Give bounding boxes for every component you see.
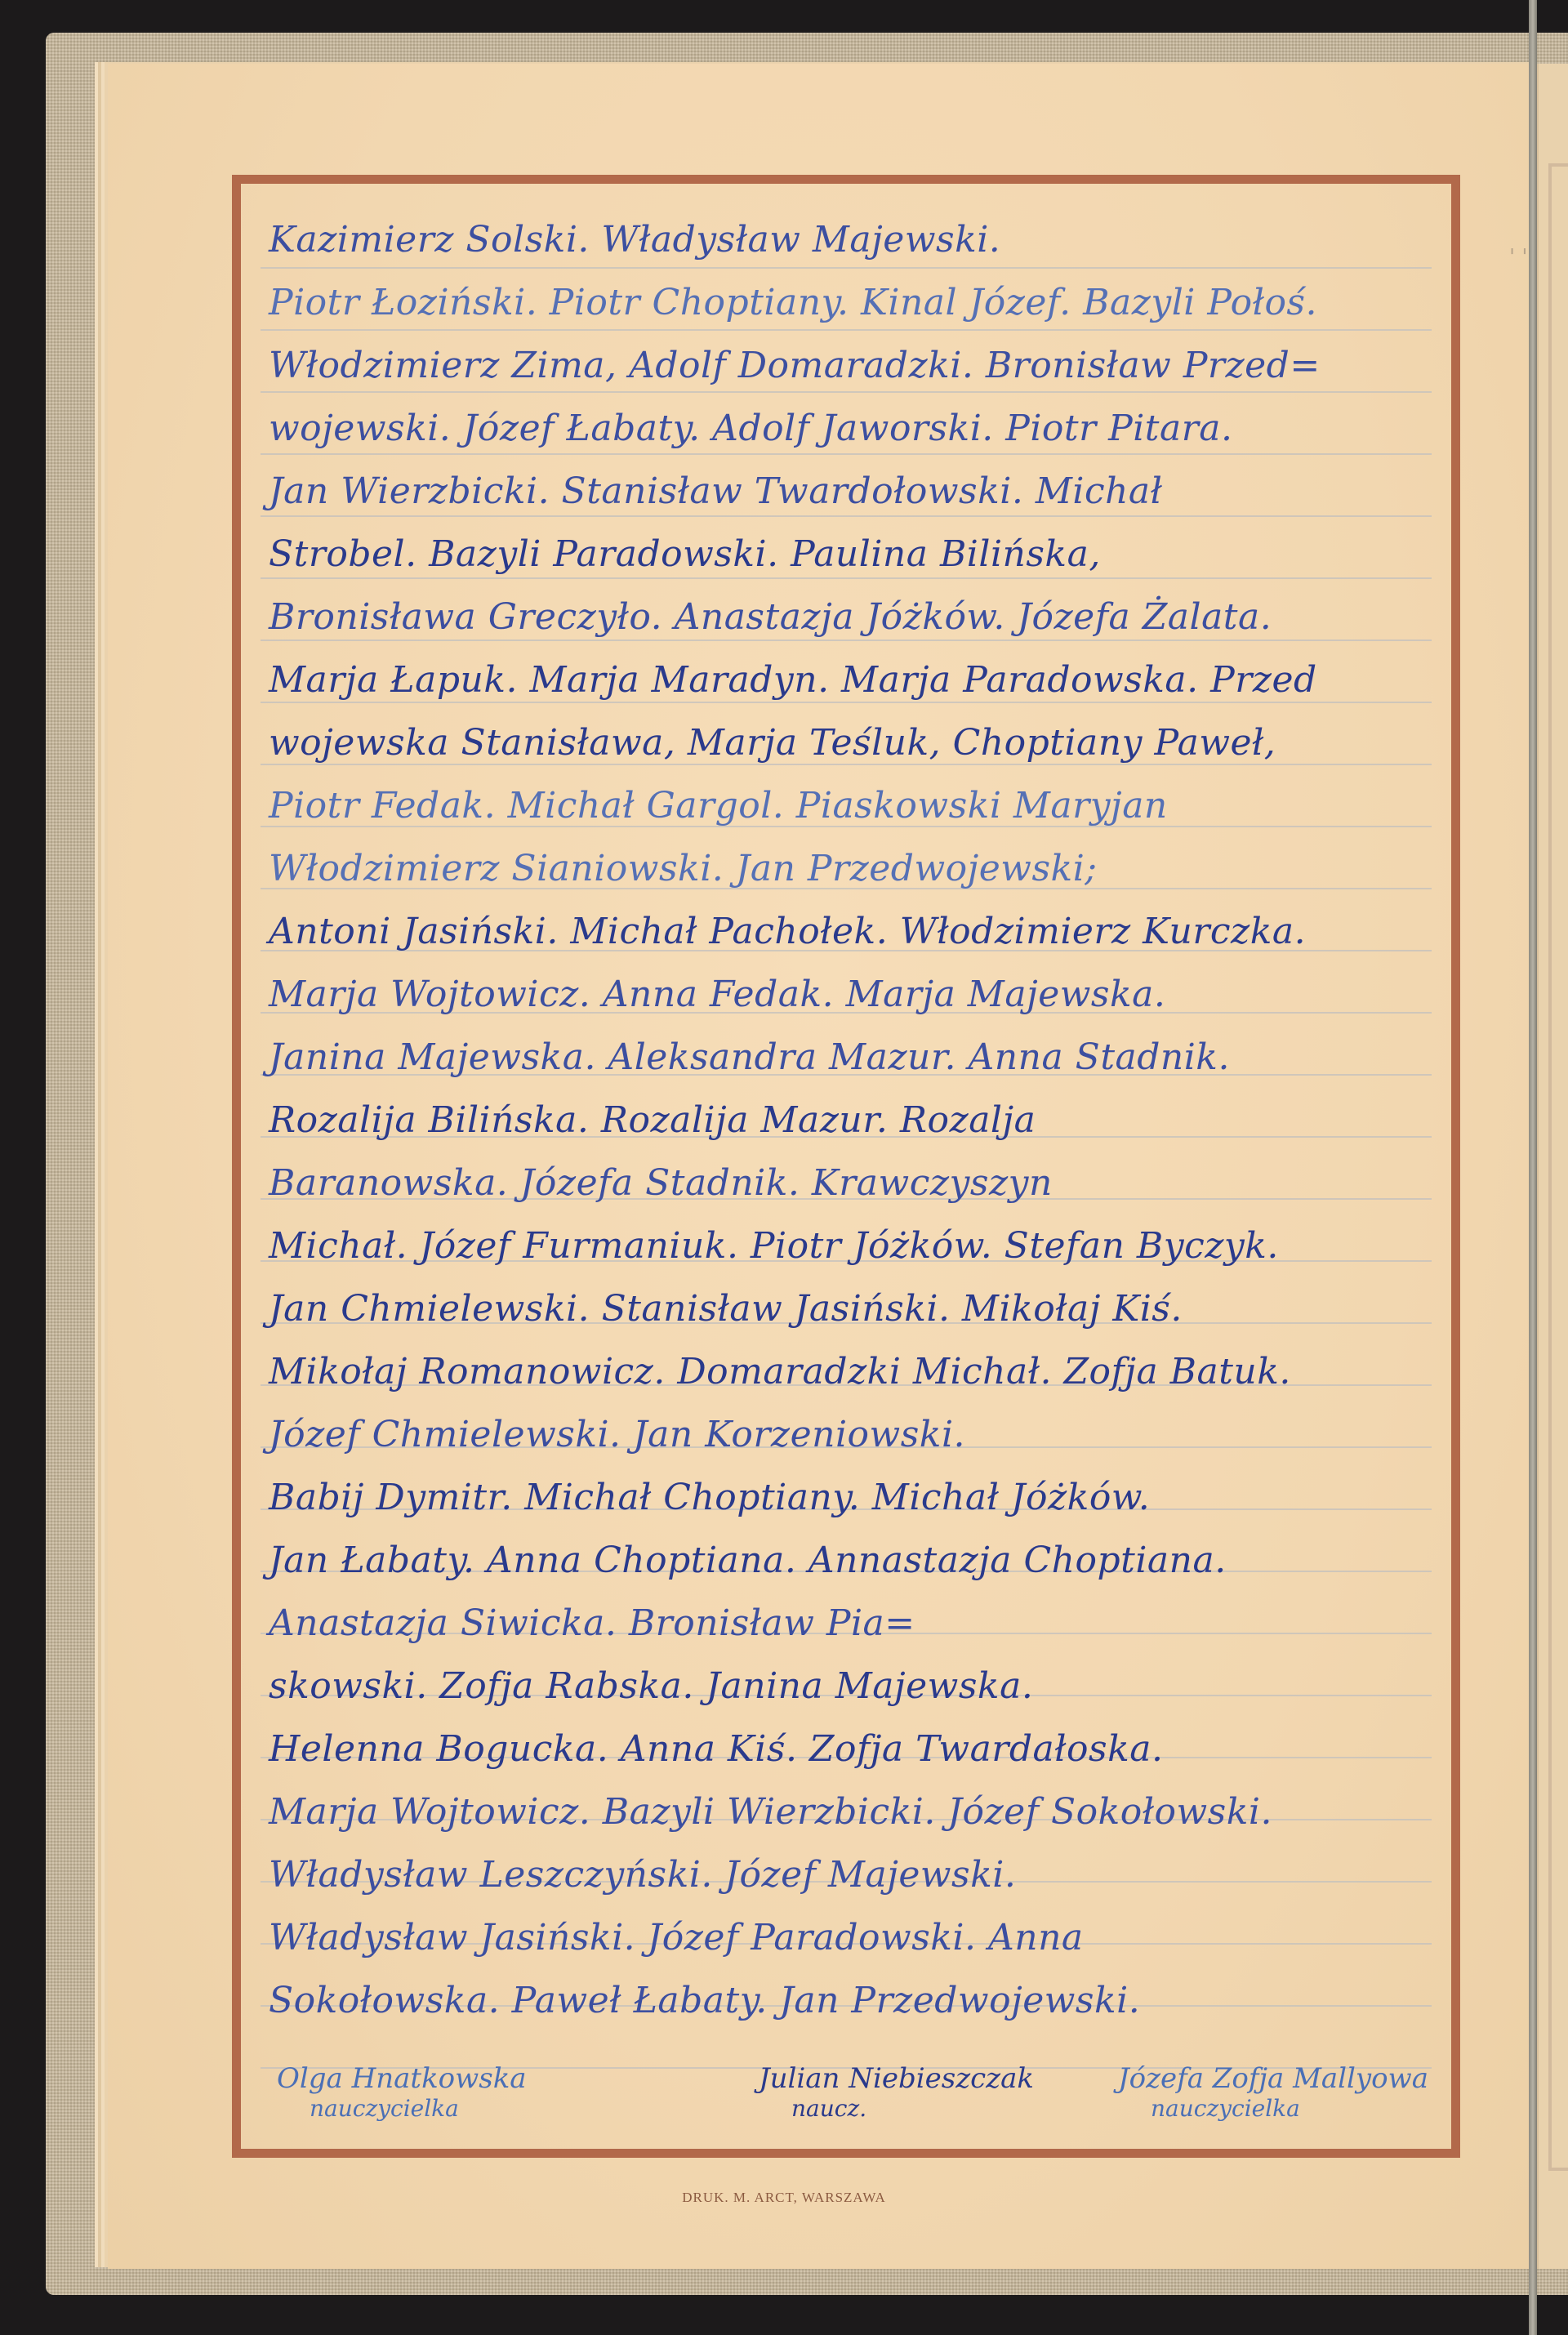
name-line: Kazimierz Solski. Władysław Majewski. xyxy=(269,208,1435,271)
name-line: Władysław Leszczyński. Józef Majewski. xyxy=(269,1843,1435,1906)
name-line: Marja Wojtowicz. Anna Fedak. Marja Majew… xyxy=(269,963,1435,1026)
name-line: Marja Łapuk. Marja Maradyn. Marja Parado… xyxy=(269,648,1435,711)
printer-imprint: DRUK. M. ARCT, WARSZAWA xyxy=(0,2190,1568,2206)
name-line: Sokołowska. Paweł Łabaty. Jan Przedwojew… xyxy=(269,1969,1435,2032)
name-line: Bronisława Greczyło. Anastazja Jóżków. J… xyxy=(269,586,1435,648)
name-line: Anastazja Siwicka. Bronisław Pia= xyxy=(269,1592,1435,1655)
name-line: Piotr Łoziński. Piotr Choptiany. Kinal J… xyxy=(269,271,1435,334)
signature: Julian Niebieszczak naucz. xyxy=(759,2062,1034,2122)
signature: Józefa Zofja Mallyowa nauczycielka xyxy=(1118,2062,1428,2122)
name-line: Piotr Fedak. Michał Gargol. Piaskowski M… xyxy=(269,774,1435,837)
teacher-signatures: Olga Hnatkowska nauczycielka Julian Nieb… xyxy=(269,2062,1435,2144)
name-line: Rozalija Bilińska. Rozalija Mazur. Rozal… xyxy=(269,1089,1435,1152)
signature-role: nauczycielka xyxy=(1151,2095,1428,2122)
name-line: Jan Chmielewski. Stanisław Jasiński. Mik… xyxy=(269,1277,1435,1340)
name-line: skowski. Zofja Rabska. Janina Majewska. xyxy=(269,1655,1435,1718)
signature-role: naucz. xyxy=(791,2095,1034,2122)
name-line: wojewski. Józef Łabaty. Adolf Jaworski. … xyxy=(269,397,1435,460)
name-line: wojewska Stanisława, Marja Teśluk, Chopt… xyxy=(269,711,1435,774)
name-line: Włodzimierz Sianiowski. Jan Przedwojewsk… xyxy=(269,837,1435,900)
name-line: Marja Wojtowicz. Bazyli Wierzbicki. Józe… xyxy=(269,1780,1435,1843)
signature-name: Józefa Zofja Mallyowa xyxy=(1118,2062,1428,2095)
signature: Olga Hnatkowska nauczycielka xyxy=(277,2062,527,2122)
margin-pencil-mark: ' ' xyxy=(1509,245,1528,270)
name-line: Józef Chmielewski. Jan Korzeniowski. xyxy=(269,1403,1435,1466)
signature-name: Olga Hnatkowska xyxy=(277,2062,527,2095)
signature-name: Julian Niebieszczak xyxy=(759,2062,1034,2095)
signature-role: nauczycielka xyxy=(310,2095,527,2122)
adjacent-page-frame xyxy=(1548,163,1568,2171)
book-gutter xyxy=(1529,0,1537,2335)
decorative-frame: Kazimierz Solski. Władysław Majewski. Pi… xyxy=(232,175,1460,2158)
name-line: Helenna Bogucka. Anna Kiś. Zofja Twardał… xyxy=(269,1718,1435,1780)
name-line: Baranowska. Józefa Stadnik. Krawczyszyn xyxy=(269,1152,1435,1214)
name-line: Janina Majewska. Aleksandra Mazur. Anna … xyxy=(269,1026,1435,1089)
name-line: Władysław Jasiński. Józef Paradowski. An… xyxy=(269,1906,1435,1969)
name-line: Włodzimierz Zima, Adolf Domaradzki. Bron… xyxy=(269,334,1435,397)
name-line: Michał. Józef Furmaniuk. Piotr Jóżków. S… xyxy=(269,1214,1435,1277)
name-line: Babij Dymitr. Michał Choptiany. Michał J… xyxy=(269,1466,1435,1529)
name-line: Jan Wierzbicki. Stanisław Twardołowski. … xyxy=(269,460,1435,523)
name-line: Strobel. Bazyli Paradowski. Paulina Bili… xyxy=(269,523,1435,586)
name-line: Mikołaj Romanowicz. Domaradzki Michał. Z… xyxy=(269,1340,1435,1403)
name-line: Antoni Jasiński. Michał Pachołek. Włodzi… xyxy=(269,900,1435,963)
name-line: Jan Łabaty. Anna Choptiana. Annastazja C… xyxy=(269,1529,1435,1592)
name-list: Kazimierz Solski. Władysław Majewski. Pi… xyxy=(269,208,1435,2032)
